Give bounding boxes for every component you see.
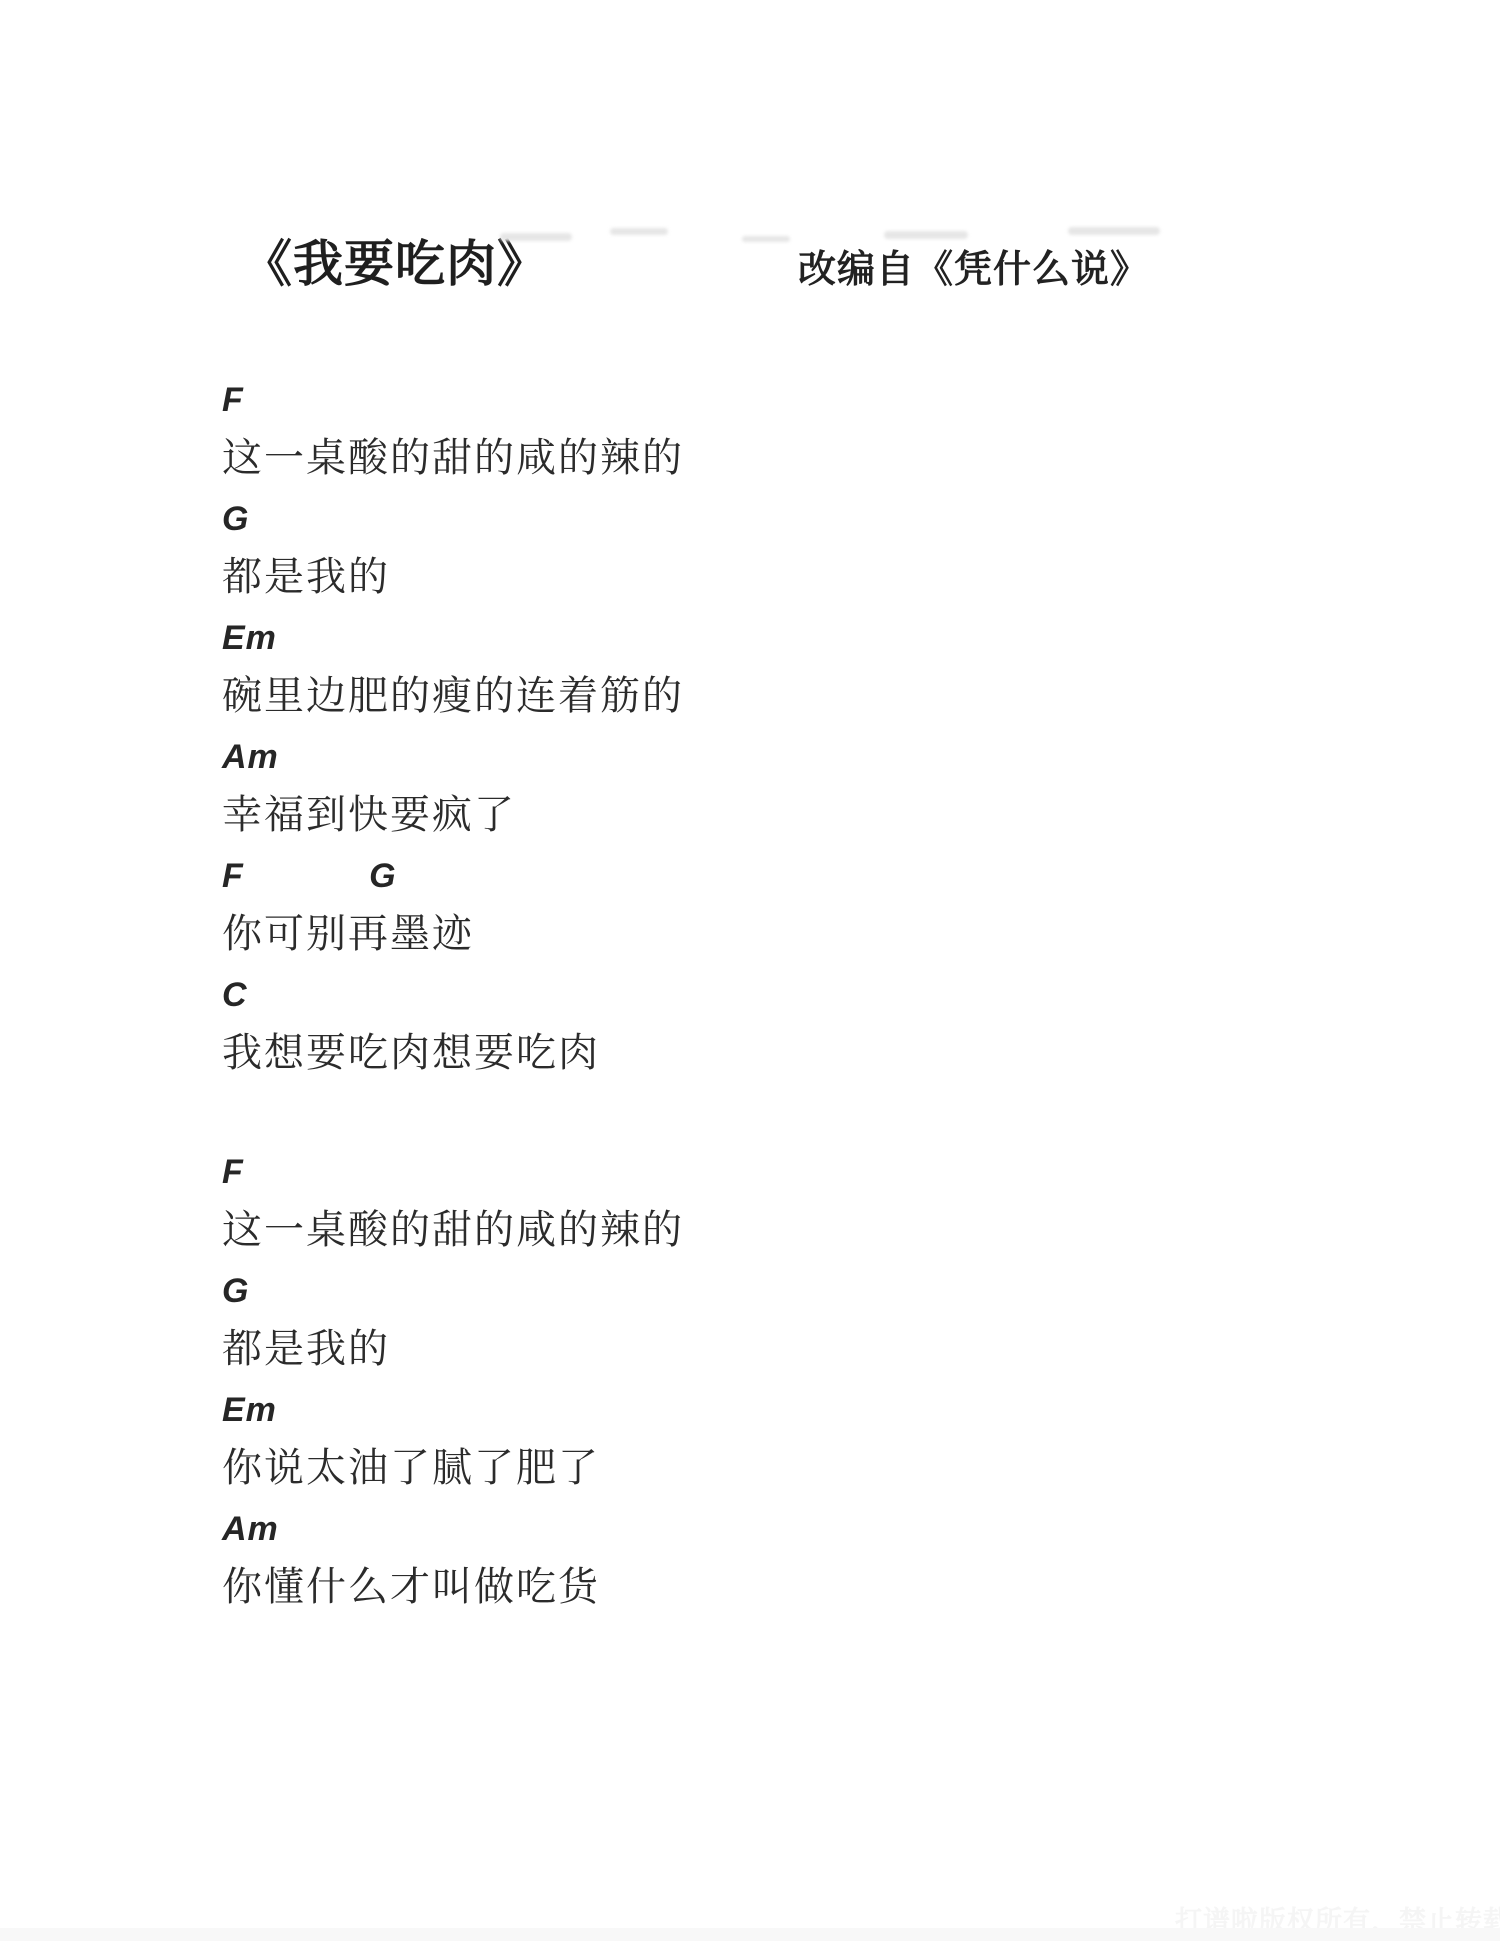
lyric-line: 碗里边肥的瘦的连着筋的 <box>222 676 1122 716</box>
chord-line: Em <box>222 1393 1122 1427</box>
lyric-line: 你说太油了腻了肥了 <box>222 1448 1122 1488</box>
lyrics-and-chords-sheet: F这一桌酸的甜的咸的辣的G都是我的Em碗里边肥的瘦的连着筋的Am幸福到快要疯了F… <box>222 383 1122 1631</box>
scan-smudge <box>610 228 668 235</box>
chord-line: F G <box>222 859 1122 893</box>
chord-line: F <box>222 383 1122 417</box>
chord-line: Am <box>222 1512 1122 1546</box>
song-subtitle: 改编自《凭什么说》 <box>798 238 1149 293</box>
lyric-line: 都是我的 <box>222 557 1122 597</box>
chord-sheet-page: 《我要吃肉》 改编自《凭什么说》 F这一桌酸的甜的咸的辣的G都是我的Em碗里边肥… <box>0 0 1500 1941</box>
chord-line: Em <box>222 621 1122 655</box>
chord-line: F <box>222 1155 1122 1189</box>
lyric-line: 你懂什么才叫做吃货 <box>222 1567 1122 1607</box>
lyric-line: 你可别再墨迹 <box>222 914 1122 954</box>
verse-gap <box>222 1097 1122 1155</box>
chord-line: G <box>222 1274 1122 1308</box>
chord-line: C <box>222 978 1122 1012</box>
scan-smudge <box>1068 227 1160 235</box>
chord-line: G <box>222 502 1122 536</box>
scan-smudge <box>500 233 572 241</box>
lyric-line: 这一桌酸的甜的咸的辣的 <box>222 438 1122 478</box>
chord-line: Am <box>222 740 1122 774</box>
photo-bottom-edge <box>0 1928 1500 1941</box>
lyric-line: 都是我的 <box>222 1329 1122 1369</box>
scan-smudge <box>742 236 790 242</box>
lyric-line: 这一桌酸的甜的咸的辣的 <box>222 1210 1122 1250</box>
lyric-line: 我想要吃肉想要吃肉 <box>222 1033 1122 1073</box>
lyric-line: 幸福到快要疯了 <box>222 795 1122 835</box>
scan-smudge <box>884 231 968 239</box>
